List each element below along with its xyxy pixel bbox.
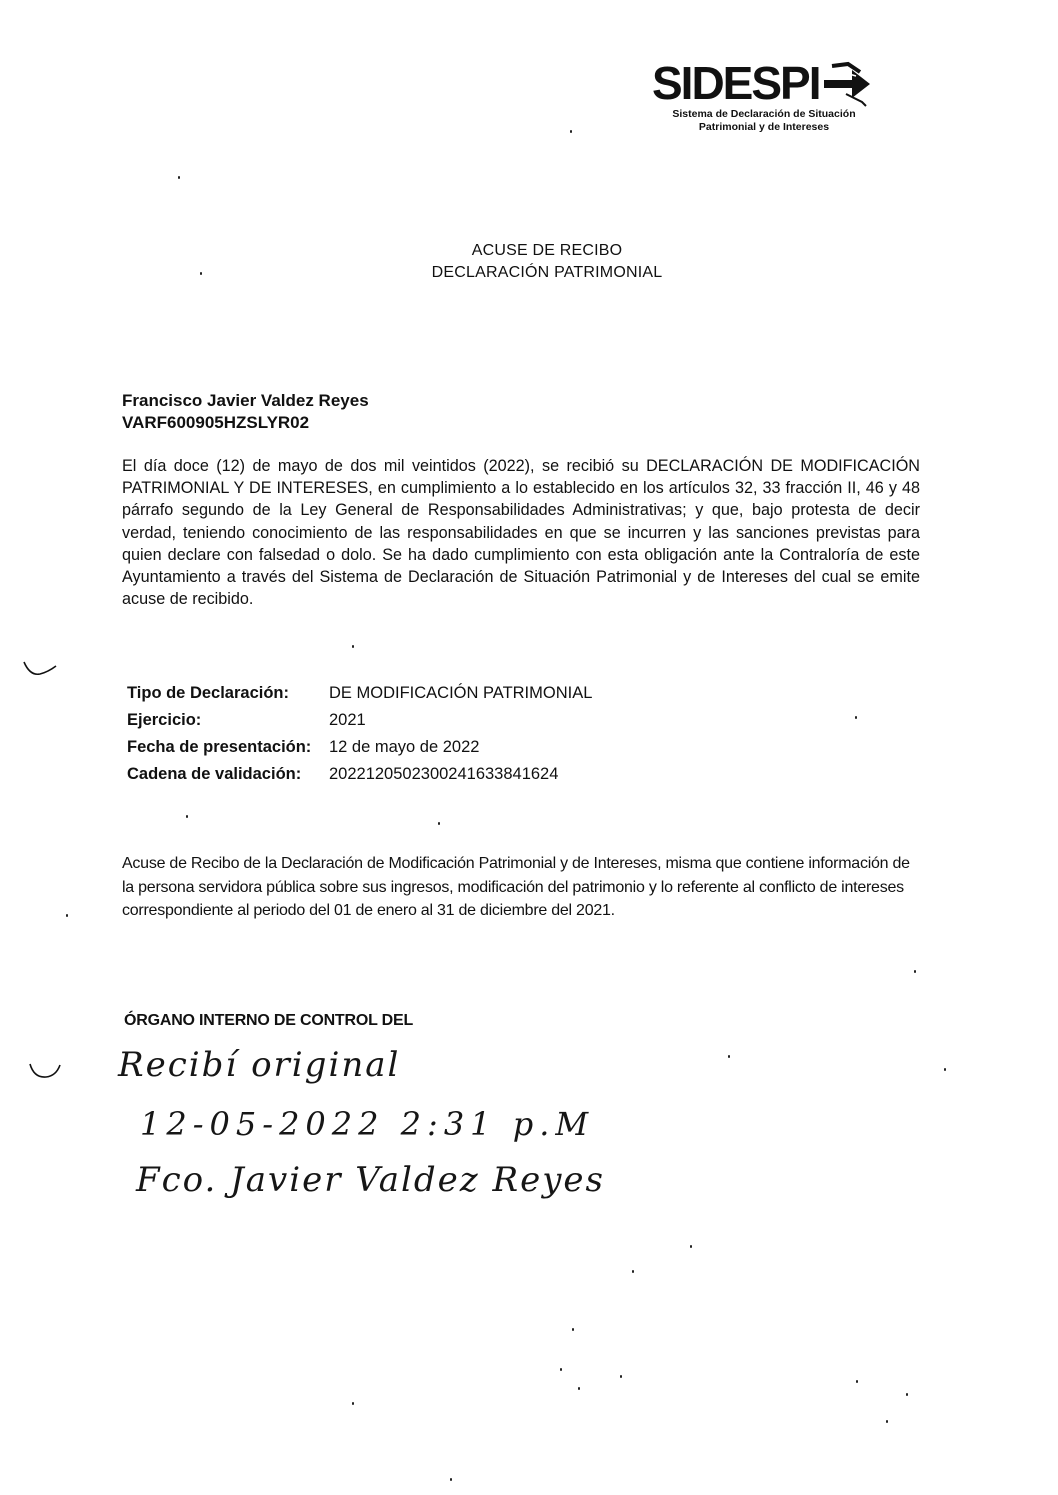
- logo-subtitle-line1: Sistema de Declaración de Situación: [646, 108, 882, 121]
- detail-row: Cadena de validación: 202212050230024163…: [127, 761, 592, 788]
- scan-speck: [200, 272, 202, 275]
- declaration-details: Tipo de Declaración: DE MODIFICACIÓN PAT…: [127, 680, 592, 788]
- pen-tick-mark-icon: [28, 1062, 64, 1080]
- scan-speck: [352, 645, 354, 648]
- declarant-id: VARF600905HZSLYR02: [122, 412, 369, 434]
- detail-label: Cadena de validación:: [127, 761, 329, 788]
- scan-speck: [572, 1328, 574, 1331]
- detail-value: 2021: [329, 707, 366, 734]
- scan-speck: [66, 914, 68, 917]
- title-line1: ACUSE DE RECIBO: [36, 240, 1058, 262]
- organo-heading: ÓRGANO INTERNO DE CONTROL DEL: [124, 1012, 413, 1030]
- detail-value: 12 de mayo de 2022: [329, 734, 479, 761]
- logo-wordmark: SIDESPI: [652, 60, 820, 106]
- detail-row: Ejercicio: 2021: [127, 707, 592, 734]
- scan-speck: [690, 1245, 692, 1248]
- detail-label: Tipo de Declaración:: [127, 680, 329, 707]
- scan-speck: [944, 1068, 946, 1071]
- title-line2: DECLARACIÓN PATRIMONIAL: [36, 262, 1058, 284]
- detail-row: Tipo de Declaración: DE MODIFICACIÓN PAT…: [127, 680, 592, 707]
- scan-speck: [186, 815, 188, 818]
- declarant-name: Francisco Javier Valdez Reyes: [122, 390, 369, 412]
- scan-speck: [914, 970, 916, 973]
- handwritten-datetime: 12-05-2022 2:31 p.M: [140, 1105, 594, 1143]
- scan-speck: [578, 1387, 580, 1390]
- document-title: ACUSE DE RECIBO DECLARACIÓN PATRIMONIAL: [0, 240, 1058, 284]
- receipt-paragraph: El día doce (12) de mayo de dos mil vein…: [122, 455, 920, 610]
- scan-speck: [620, 1375, 622, 1378]
- scan-speck: [438, 822, 440, 825]
- pen-tick-mark-icon: [22, 660, 58, 678]
- sidespi-logo: SIDESPI Sistema de Declaración de Situac…: [652, 58, 882, 134]
- detail-value: 2022120502300241633841624: [329, 761, 558, 788]
- scan-speck: [570, 130, 572, 133]
- declarant-block: Francisco Javier Valdez Reyes VARF600905…: [122, 390, 369, 434]
- arrow-logo-icon: [822, 58, 874, 108]
- detail-label: Fecha de presentación:: [127, 734, 329, 761]
- handwritten-signature-name: Fco. Javier Valdez Reyes: [136, 1160, 605, 1200]
- summary-paragraph: Acuse de Recibo de la Declaración de Mod…: [122, 852, 920, 923]
- scan-speck: [450, 1478, 452, 1481]
- detail-label: Ejercicio:: [127, 707, 329, 734]
- scan-speck: [728, 1055, 730, 1058]
- detail-value: DE MODIFICACIÓN PATRIMONIAL: [329, 680, 592, 707]
- scan-speck: [352, 1402, 354, 1405]
- document-page: SIDESPI Sistema de Declaración de Situac…: [0, 0, 1058, 1495]
- scan-speck: [906, 1393, 908, 1396]
- scan-speck: [886, 1420, 888, 1423]
- scan-speck: [560, 1368, 562, 1371]
- handwritten-received-note: Recibí original: [118, 1045, 400, 1085]
- scan-speck: [856, 1380, 858, 1383]
- detail-row: Fecha de presentación: 12 de mayo de 202…: [127, 734, 592, 761]
- scan-speck: [632, 1270, 634, 1273]
- scan-speck: [178, 176, 180, 179]
- scan-speck: [855, 716, 857, 719]
- logo-subtitle-line2: Patrimonial y de Intereses: [646, 121, 882, 134]
